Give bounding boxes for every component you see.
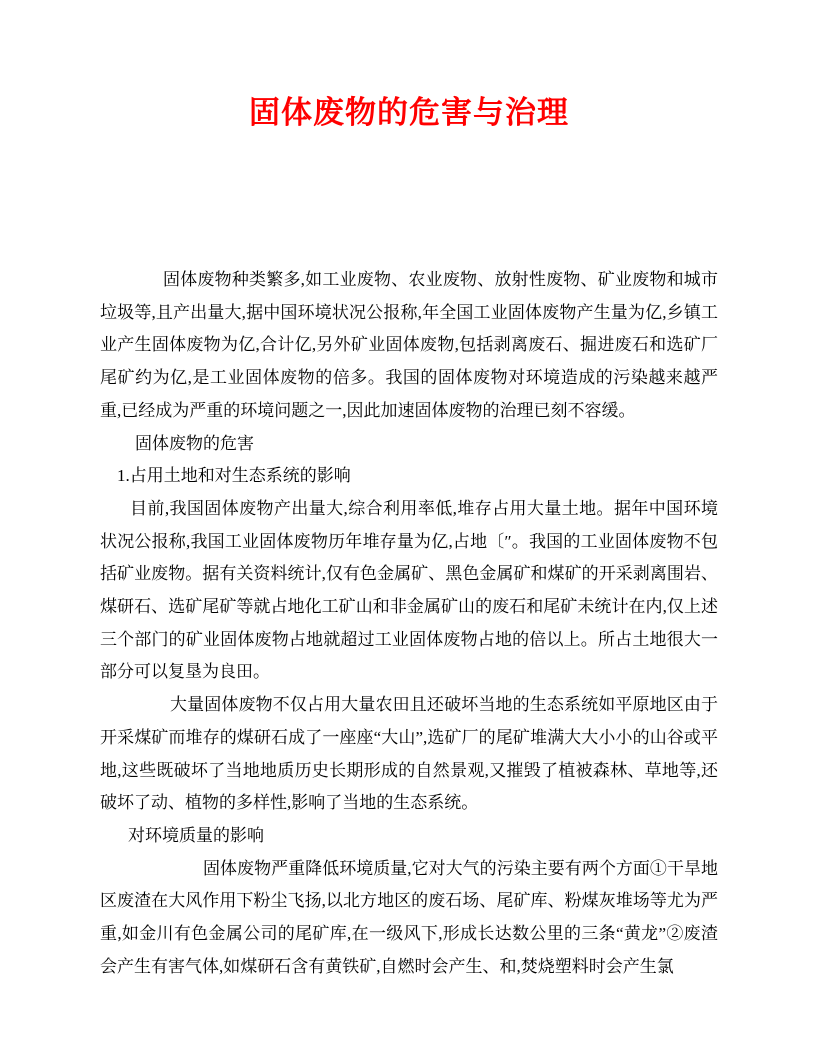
document-page: 固体废物的危害与治理 固体废物种类繁多,如工业废物、农业废物、放射性废物、矿业废… xyxy=(0,0,816,1056)
heading-solid-waste-hazards: 固体废物的危害 xyxy=(100,428,718,461)
paragraph-land-occupation: 目前,我国固体废物产出量大,综合利用率低,堆存占用大量土地。据年中国环境状况公报… xyxy=(100,493,718,689)
paragraph-ecosystem-damage: 大量固体废物不仅占用大量农田且还破坏当地的生态系统如平原地区由于开采煤矿而堆存的… xyxy=(100,689,718,820)
document-title: 固体废物的危害与治理 xyxy=(100,88,718,138)
heading-land-occupation-ecosystem: 1.占用土地和对生态系统的影响 xyxy=(100,460,718,493)
paragraph-intro: 固体废物种类繁多,如工业废物、农业废物、放射性废物、矿业废物和城市垃圾等,且产出… xyxy=(100,264,718,428)
heading-environment-quality: 对环境质量的影响 xyxy=(100,820,718,853)
document-body: 固体废物种类繁多,如工业废物、农业废物、放射性废物、矿业废物和城市垃圾等,且产出… xyxy=(100,264,718,983)
paragraph-air-pollution: 固体废物严重降低环境质量,它对大气的污染主要有两个方面①干旱地区废渣在大风作用下… xyxy=(100,853,718,984)
